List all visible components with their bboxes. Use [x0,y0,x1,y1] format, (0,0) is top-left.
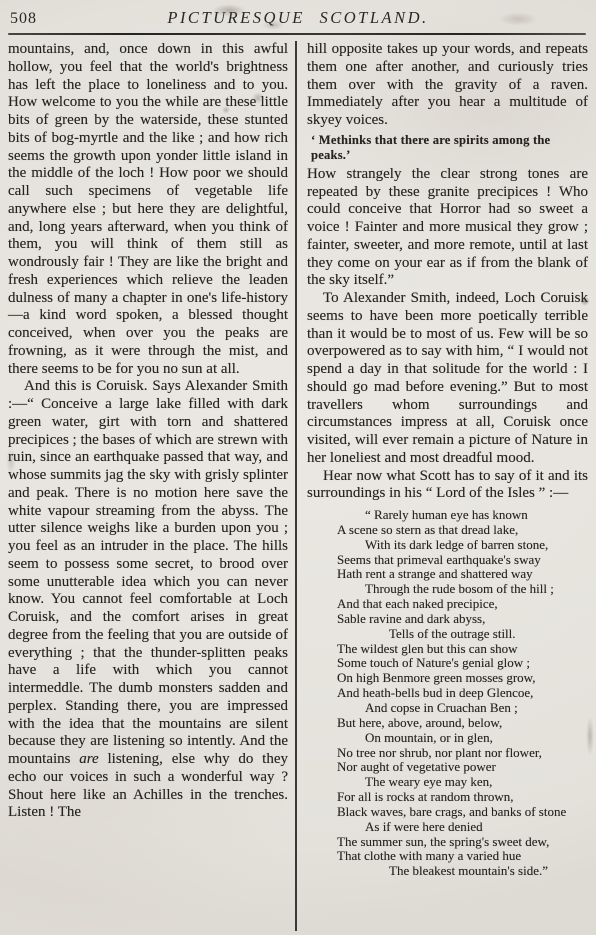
poem-line: Tells of the outrage still. [337,627,588,642]
poem-line: As if were here denied [337,820,588,835]
poem-line: On high Benmore green mosses grow, [337,671,588,686]
left-column: mountains, and, once down in this awful … [8,41,295,931]
poem-line: And copse in Cruachan Ben ; [337,701,588,716]
poem-line: Sable ravine and dark abyss, [337,612,588,627]
paragraph-text: And this is Coruisk. Says Alexander Smit… [8,378,288,767]
poem-line: The weary eye may ken, [337,775,588,790]
poem-line: Black waves, bare crags, and banks of st… [337,805,588,820]
poem-line: With its dark ledge of barren stone, [337,538,588,553]
methinks-quote: ‘ Methinks that there are spirits among … [311,133,588,163]
poem-line: And heath-bells bud in deep Glencoe, [337,686,588,701]
poem-line: Some touch of Nature's genial glow ; [337,656,588,671]
poem-line: But here, above, around, below, [337,716,588,731]
poem-line: And that each naked precipice, [337,597,588,612]
right-column: hill opposite takes up your words, and r… [295,41,588,931]
paragraph-scott-intro: Hear now what Scott has to say of it and… [307,468,588,504]
book-page-scan: 508 PICTURESQUE SCOTLAND. mountains, and… [0,0,596,935]
poem-line: The summer sun, the spring's sweet dew, [337,835,588,850]
paragraph-echo: hill opposite takes up your words, and r… [307,41,588,130]
paragraph-strange-tones: How strangely the clear strong tones are… [307,166,588,290]
paragraph-continuation: mountains, and, once down in this awful … [8,41,288,378]
page-title: PICTURESQUE SCOTLAND. [8,8,588,28]
poem-line: A scene so stern as that dread lake, [337,523,588,538]
poem-line: No tree nor shrub, nor plant nor flower, [337,746,588,761]
poem-line: The wildest glen but this can show [337,642,588,657]
poem-line: Hath rent a strange and shattered way [337,567,588,582]
paragraph-coruisk-smith: And this is Coruisk. Says Alexander Smit… [8,378,288,822]
poem-line: On mountain, or in glen, [337,731,588,746]
poem-line: For all is rocks at random thrown, [337,790,588,805]
poem-line: That clothe with many a varied hue [337,849,588,864]
header-rule [8,33,586,35]
poem-line: “ Rarely human eye has known [337,508,588,523]
scott-poem: “ Rarely human eye has known A scene so … [307,508,588,879]
text-columns: mountains, and, once down in this awful … [8,41,588,931]
poem-line: The bleakest mountain's side.” [337,864,588,879]
italic-word: are [79,751,98,767]
running-header: 508 PICTURESQUE SCOTLAND. [8,8,588,32]
poem-line: Seems that primeval earthquake's sway [337,553,588,568]
poem-line: Nor aught of vegetative power [337,760,588,775]
paragraph-alexander-smith: To Alexander Smith, indeed, Loch Coruisk… [307,290,588,468]
poem-line: Through the rude bosom of the hill ; [337,582,588,597]
